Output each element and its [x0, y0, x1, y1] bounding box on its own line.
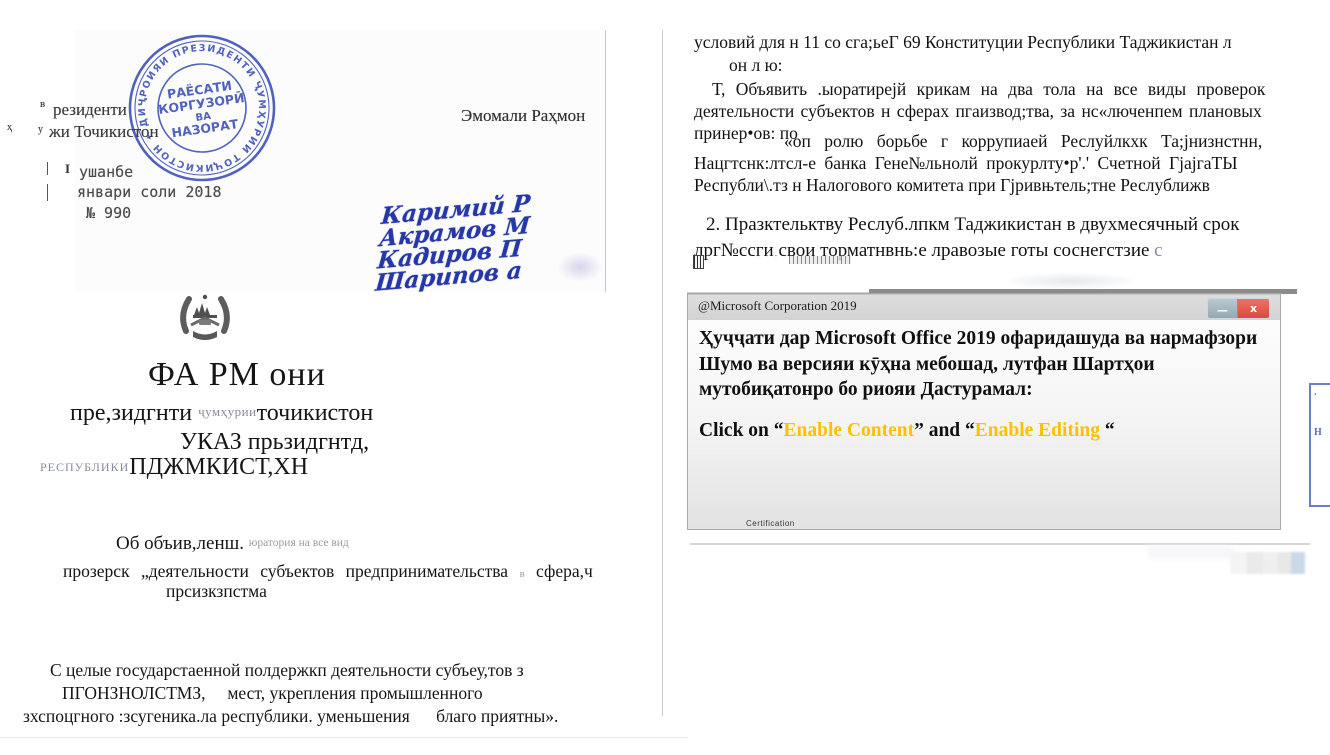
popup-message-line2: Шумо ва версияи кӯҳна мебошад, лутфан Ша… [699, 352, 1271, 378]
subject-line2-light: в [519, 568, 524, 580]
tajikistan-emblem [176, 289, 234, 345]
margin-mark: у [38, 124, 43, 135]
click-prefix: Click on “ [699, 420, 784, 441]
addressee-line2: жи Точикистон [49, 122, 159, 142]
body-line1: С целые государстаенной полдержкп деятел… [50, 660, 524, 681]
minimize-button[interactable]: — [1208, 299, 1238, 318]
blue-stamp-fragment: . Н [1309, 383, 1330, 507]
date-line: январи соли 2018 [77, 183, 222, 201]
fragment-letter: Н [1314, 427, 1322, 438]
click-suffix: “ [1105, 420, 1115, 441]
window-controls: — x [1207, 298, 1270, 319]
click-middle: ” and “ [914, 420, 975, 441]
scanned-letterhead: ИҶРОИЯИ ПРЕЗИДЕНТИ ҶУМҲУРИИ ТОҶИКИСТОН ✦… [75, 30, 606, 292]
ink-smudge [557, 252, 603, 282]
addressee-line1: резиденти [53, 100, 127, 120]
blur-smudge [1148, 545, 1234, 559]
document-view: ИҶРОИЯИ ПРЕЗИДЕНТИ ҶУМҲУРИИ ТОҶИКИСТОН ✦… [0, 0, 1330, 755]
republic-light-word: РЕСПУБЛИКИ [40, 460, 129, 474]
rp-line4: деятельности субъектов н сферах пгаизвод… [694, 101, 1307, 122]
minimize-icon: — [1217, 304, 1228, 318]
margin-mark: в [40, 98, 45, 110]
blur-segment [1263, 552, 1278, 574]
subject-line3: прсизкзпстма [166, 581, 267, 602]
subject-line1-main: Об объив,ленш. [116, 533, 244, 554]
subtitle-part2: точикистон [257, 400, 374, 426]
blur-segment-blue [1291, 552, 1305, 574]
blurred-control [1230, 552, 1305, 574]
subject-line2-main: прозерск „деятельности субъектов предпри… [63, 561, 508, 581]
subject-line1: Об объив,ленш. юратория на все вид [116, 533, 349, 555]
republic-main-word: ПДЖМКИСТ,ХН [129, 454, 308, 480]
popup-footer-text: @Microsoft Corporation 2019 [698, 298, 857, 314]
faint-wisp [1000, 272, 1140, 290]
rp-para2-line1: 2. Празктельктву Реслуб.лпкм Таджикистан… [706, 214, 1239, 236]
subject-line1-light: юратория на все вид [249, 537, 349, 549]
subject-line2-end: сфера,ч [536, 561, 593, 581]
rp-line6: «оп ролю борьбе г коррупиаей Реслуйлкхк … [784, 131, 1307, 152]
republic-line: РЕСПУБЛИКИПДЖМКИСТ,ХН [40, 454, 308, 481]
bottom-hairline [0, 737, 688, 738]
page-divider [662, 30, 663, 716]
rp-para2-line2-light: с [1154, 240, 1162, 261]
close-button[interactable]: x [1238, 299, 1269, 318]
handwritten-signatures: Каримий Р Акрамов М Кадиров П Шарипов а [374, 189, 571, 295]
blur-segment [1230, 552, 1247, 574]
subject-line2: прозерск „деятельности субъектов предпри… [63, 561, 593, 582]
margin-mark: I [65, 161, 70, 177]
blur-segment [1278, 552, 1291, 574]
compressed-glyph-artifact [694, 256, 703, 268]
enable-editing-link: Enable Editing [975, 420, 1105, 441]
decree-subtitle: пре,зидгнти ҷумҳурииточикистон [70, 400, 373, 427]
popup-message-line1: Ҳуҷҷати дар Microsoft Office 2019 офарид… [699, 326, 1271, 352]
rp-line2: он л ю: [729, 55, 783, 76]
rp-line5: принер•ов: по [694, 123, 798, 144]
fragment-dot: . [1314, 387, 1317, 398]
city-line: ушанбе [79, 163, 133, 181]
round-stamp: ИҶРОИЯИ ПРЕЗИДЕНТИ ҶУМҲУРИИ ТОҶИКИСТОН ✦… [112, 18, 293, 199]
popup-footer: @Microsoft Corporation 2019 [688, 294, 1280, 320]
decree-title: ФА РМ они [148, 356, 326, 394]
blur-segment [1247, 552, 1263, 574]
stamp-center-line4: НАЗОРАТ [171, 116, 240, 140]
close-icon: x [1250, 302, 1257, 315]
popup-message-line3: мутобиқатонро бо риояи Дастурамал: [699, 377, 1271, 403]
enable-content-link: Enable Content [784, 420, 915, 441]
phishing-popup-window: — x Ҳуҷҷати дар Microsoft Office 2019 оф… [687, 293, 1281, 530]
cut-off-text: Certification [746, 519, 822, 528]
president-name: Эмомали Раҳмон [461, 106, 585, 126]
popup-instruction: Click on “Enable Content” and “Enable Ed… [699, 420, 1271, 442]
artifact-smudge [789, 256, 851, 264]
body-line2: ПГОНЗНОЛСТМЗ, мест, укрепления промышлен… [62, 683, 483, 704]
rp-line8: Республи\.тз н Налогового комитета при Г… [694, 175, 1307, 196]
subtitle-light-word: ҷумҳурии [198, 404, 257, 419]
body-line3: зхспоцгного :зсугеника.ла республики. ум… [23, 706, 558, 727]
document-number: № 990 [86, 204, 131, 222]
margin-mark: ҳ [7, 122, 12, 133]
rp-line1: условий для н 11 со сга;ьеГ 69 Конституц… [694, 32, 1307, 53]
ukaz-line: УКАЗ прьзидгнтд, [180, 429, 369, 456]
rp-line7: Нацгтснк:лтсл-е банка Гене№льнолй прокур… [694, 153, 1307, 174]
margin-tick [47, 184, 48, 201]
margin-tick [47, 162, 48, 175]
rp-line3: Т, Объявить .ыоратирејй крикам на два то… [712, 79, 1307, 100]
popup-message: Ҳуҷҷати дар Microsoft Office 2019 офарид… [699, 326, 1271, 403]
subtitle-part1: пре,зидгнти [70, 400, 198, 426]
